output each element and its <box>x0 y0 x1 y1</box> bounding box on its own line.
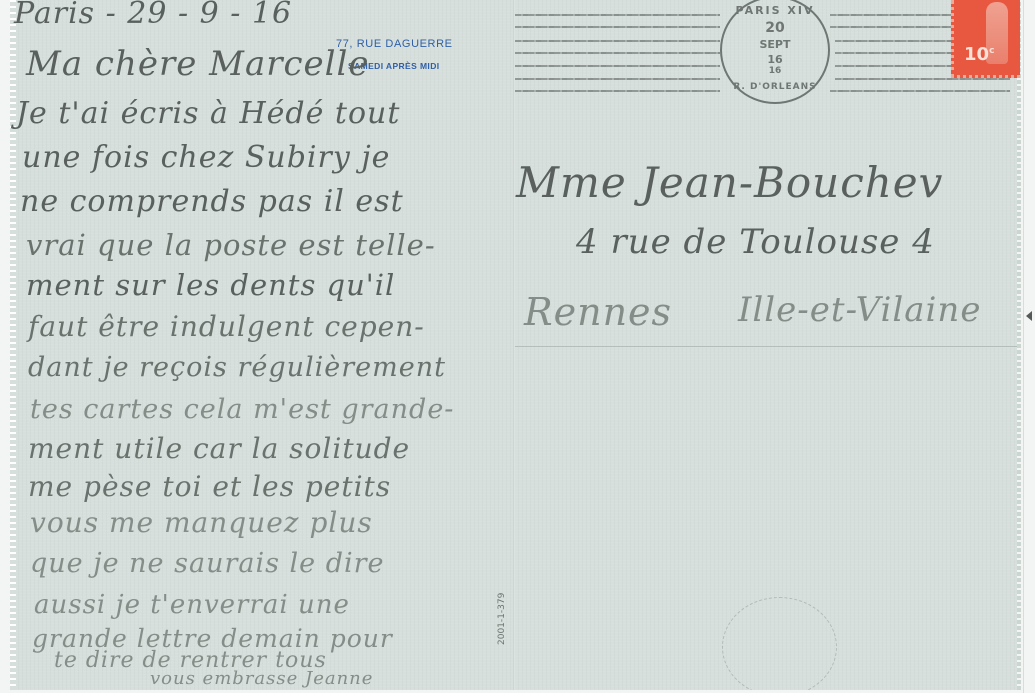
letter-line: vrai que la poste est telle- <box>26 228 436 262</box>
letter-line: vous me manquez plus <box>30 506 373 539</box>
letter-signoff: vous embrasse Jeanne <box>150 668 373 689</box>
postmark-hour: 16 <box>722 66 828 76</box>
recipient-city: Rennes <box>524 290 672 334</box>
viewer-side-gutter <box>1023 0 1035 693</box>
card-fold-line <box>513 0 515 690</box>
archive-number: 2001-1-379 <box>497 593 507 645</box>
letter-panel: Paris - 29 - 9 - 16 77, RUE DAGUERRE SAM… <box>10 0 513 690</box>
letter-line: que je ne saurais le dire <box>30 548 385 579</box>
letter-line: Je t'ai écris à Hédé tout <box>16 96 400 131</box>
address-divider <box>515 346 1017 347</box>
postage-stamp: 10c <box>951 0 1020 78</box>
previous-page-button[interactable] <box>1024 309 1034 323</box>
letter-line: ne comprends pas il est <box>20 184 404 219</box>
letter-line: aussi je t'enverrai une <box>34 590 350 620</box>
letter-place-date: Paris - 29 - 9 - 16 <box>14 0 292 31</box>
recipient-name: Mme Jean-Bouchev <box>516 158 943 207</box>
postmark: PARIS XIV 20 SEPT 16 16 R. D'ORLEANS <box>720 0 830 104</box>
letter-card-scan: Paris - 29 - 9 - 16 77, RUE DAGUERRE SAM… <box>10 0 1021 690</box>
letter-line: faut être indulgent cepen- <box>28 310 425 343</box>
letter-salutation: Ma chère Marcelle <box>26 44 370 84</box>
recipient-department: Ille-et-Vilaine <box>738 290 981 330</box>
letter-line: me pèse toi et les petits <box>28 470 391 503</box>
chevron-left-icon <box>1026 311 1032 321</box>
letter-line: tes cartes cela m'est grande- <box>30 394 454 425</box>
letter-line: une fois chez Subiry je <box>22 140 390 175</box>
postmark-year: 16 <box>722 53 828 66</box>
letter-line: dant je reçois régulièrement <box>28 352 446 383</box>
postmark-month: SEPT <box>722 38 828 51</box>
postmark-office: R. D'ORLEANS <box>722 82 828 92</box>
postmark-day: 20 <box>722 20 828 36</box>
letter-line: ment utile car la solitude <box>28 432 410 465</box>
document-viewer: Paris - 29 - 9 - 16 77, RUE DAGUERRE SAM… <box>0 0 1035 693</box>
faded-backstamp <box>722 597 837 690</box>
recipient-street: 4 rue de Toulouse 4 <box>576 222 935 262</box>
stamp-value: 10c <box>964 44 994 65</box>
perforated-edge-right <box>1017 0 1021 690</box>
postmark-city: PARIS XIV <box>722 4 828 17</box>
letter-line: ment sur les dents qu'il <box>26 268 395 302</box>
